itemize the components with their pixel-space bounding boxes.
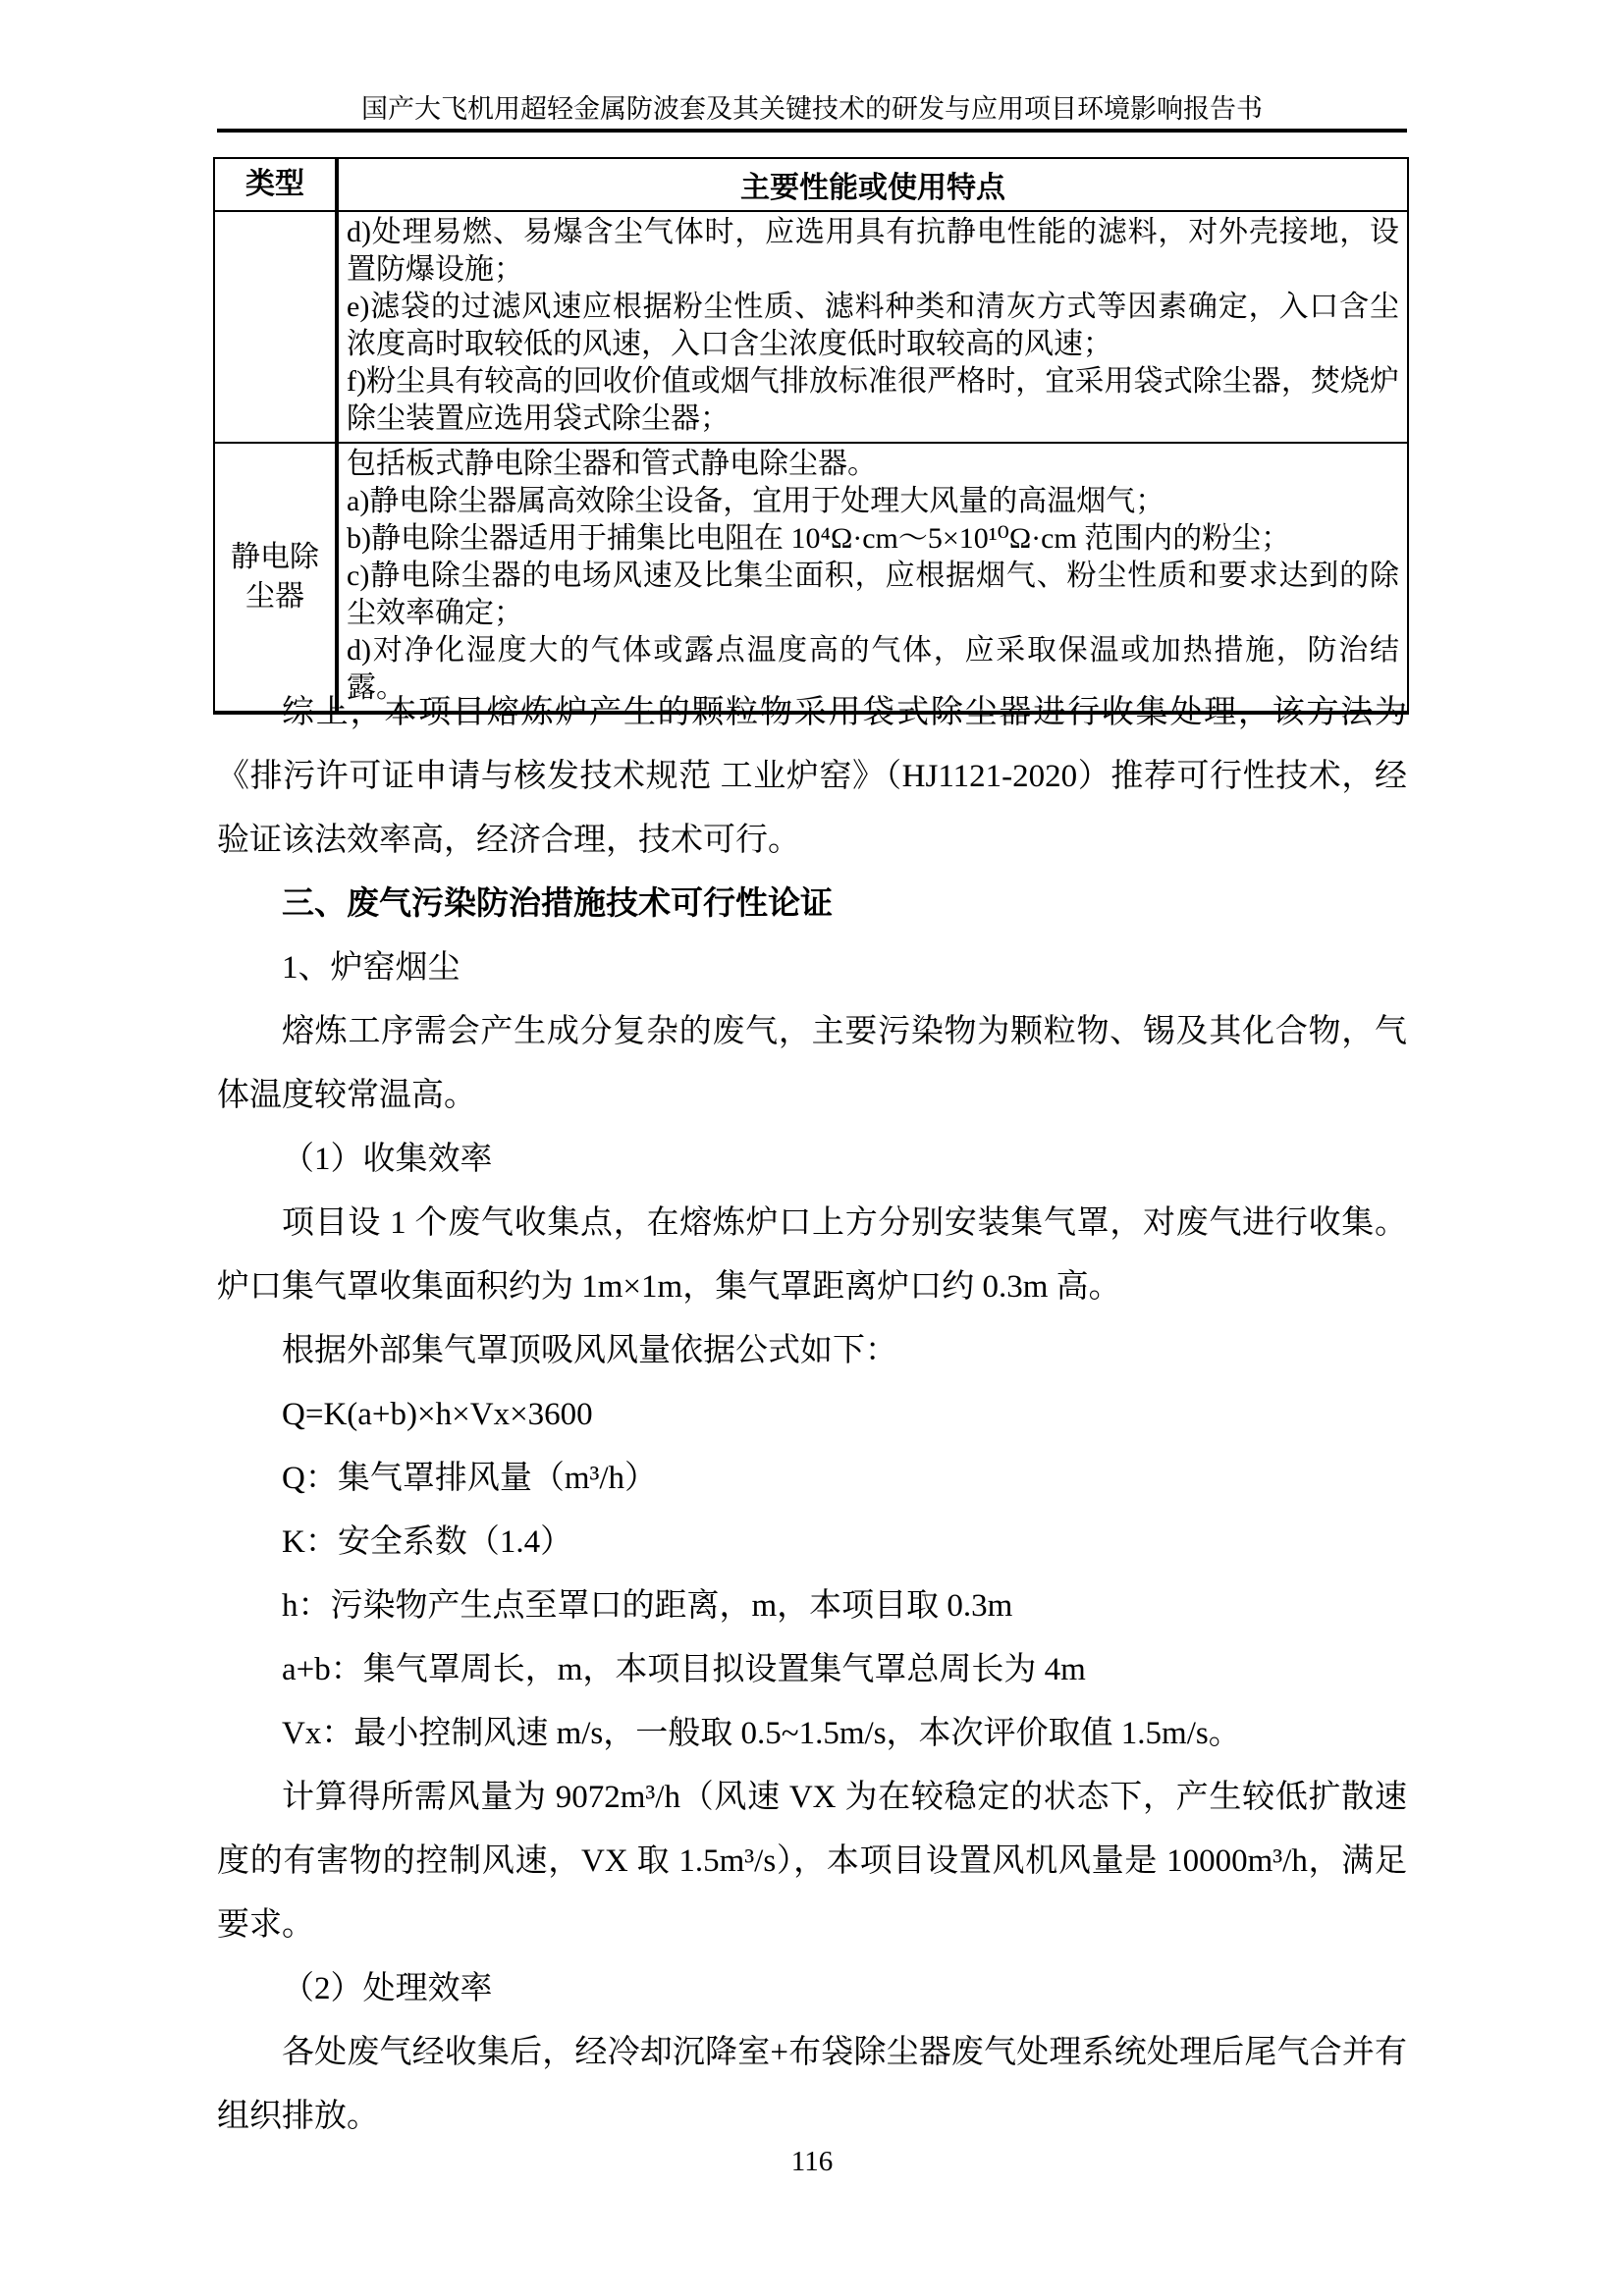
section-heading: 三、废气污染防治措施技术可行性论证 bbox=[217, 873, 1407, 936]
page-header-title: 国产大飞机用超轻金属防波套及其关键技术的研发与应用项目环境影响报告书 bbox=[217, 92, 1407, 126]
table-row: d)处理易燃、易爆含尘气体时，应选用具有抗静电性能的滤料，对外壳接地，设置防爆设… bbox=[214, 211, 1408, 443]
formula-line: Q=K(a+b)×h×Vx×3600 bbox=[217, 1383, 1407, 1447]
header-rule-divider bbox=[217, 129, 1407, 133]
column-header-features: 主要性能或使用特点 bbox=[337, 158, 1408, 211]
paragraph-formula-intro: 根据外部集气罩顶吸风风量依据公式如下： bbox=[217, 1319, 1407, 1383]
table-header-row: 类型 主要性能或使用特点 bbox=[214, 158, 1408, 211]
feature-line: d)处理易燃、易爆含尘气体时，应选用具有抗静电性能的滤料，对外壳接地，设置防爆设… bbox=[347, 214, 1399, 289]
feature-line: b)静电除尘器适用于捕集比电阻在 10⁴Ω·cm～5×10¹⁰Ω·cm 范围内的… bbox=[347, 520, 1399, 558]
column-header-type: 类型 bbox=[214, 158, 337, 211]
paragraph-summary: 综上，本项目熔炼炉产生的颗粒物采用袋式除尘器进行收集处理，该方法为《排污许可证申… bbox=[217, 681, 1407, 873]
subsection-heading-furnace-dust: 1、炉窑烟尘 bbox=[217, 936, 1407, 1000]
page-number: 116 bbox=[0, 2144, 1624, 2179]
feature-line: e)滤袋的过滤风速应根据粉尘性质、滤料种类和清灰方式等因素确定，入口含尘浓度高时… bbox=[347, 289, 1399, 363]
feature-line: 包括板式静电除尘器和管式静电除尘器。 bbox=[347, 446, 1399, 483]
paragraph-furnace-dust: 熔炼工序需会产生成分复杂的废气，主要污染物为颗粒物、锡及其化合物，气体温度较常温… bbox=[217, 1000, 1407, 1128]
formula-definition-ab: a+b：集气罩周长，m，本项目拟设置集气罩总周长为 4m bbox=[217, 1638, 1407, 1702]
paragraph-treatment: 各处废气经收集后，经冷却沉降室+布袋除尘器废气处理系统处理后尾气合并有组织排放。 bbox=[217, 2021, 1407, 2149]
feature-line: c)静电除尘器的电场风速及比集尘面积，应根据烟气、粉尘性质和要求达到的除尘效率确… bbox=[347, 558, 1399, 632]
document-body: 综上，本项目熔炼炉产生的颗粒物采用袋式除尘器进行收集处理，该方法为《排污许可证申… bbox=[217, 681, 1407, 2149]
dust-collector-spec-table: 类型 主要性能或使用特点 d)处理易燃、易爆含尘气体时，应选用具有抗静电性能的滤… bbox=[213, 157, 1409, 715]
feature-line: a)静电除尘器属高效除尘设备，宜用于处理大风量的高温烟气； bbox=[347, 483, 1399, 520]
document-page: 国产大飞机用超轻金属防波套及其关键技术的研发与应用项目环境影响报告书 类型 主要… bbox=[0, 0, 1624, 2296]
formula-definition-h: h：污染物产生点至罩口的距离，m，本项目取 0.3m bbox=[217, 1575, 1407, 1638]
paragraph-collection-point: 项目设 1 个废气收集点，在熔炼炉口上方分别安装集气罩，对废气进行收集。炉口集气… bbox=[217, 1192, 1407, 1319]
type-cell-electrostatic: 静电除尘器 bbox=[214, 443, 337, 713]
formula-definition-vx: Vx：最小控制风速 m/s，一般取 0.5~1.5m/s，本次评价取值 1.5m… bbox=[217, 1702, 1407, 1766]
table-row: 静电除尘器 包括板式静电除尘器和管式静电除尘器。 a)静电除尘器属高效除尘设备，… bbox=[214, 443, 1408, 713]
features-cell: 包括板式静电除尘器和管式静电除尘器。 a)静电除尘器属高效除尘设备，宜用于处理大… bbox=[337, 443, 1408, 713]
item-heading-collection-efficiency: （1）收集效率 bbox=[217, 1128, 1407, 1192]
item-heading-treatment-efficiency: （2）处理效率 bbox=[217, 1957, 1407, 2021]
paragraph-calculation-result: 计算得所需风量为 9072m³/h（风速 VX 为在较稳定的状态下，产生较低扩散… bbox=[217, 1766, 1407, 1957]
feature-line: f)粉尘具有较高的回收价值或烟气排放标准很严格时，宜采用袋式除尘器，焚烧炉除尘装… bbox=[347, 363, 1399, 438]
formula-definition-q: Q：集气罩排风量（m³/h） bbox=[217, 1447, 1407, 1511]
features-cell: d)处理易燃、易爆含尘气体时，应选用具有抗静电性能的滤料，对外壳接地，设置防爆设… bbox=[337, 211, 1408, 443]
formula-definition-k: K：安全系数（1.4） bbox=[217, 1511, 1407, 1575]
type-cell-empty bbox=[214, 211, 337, 443]
